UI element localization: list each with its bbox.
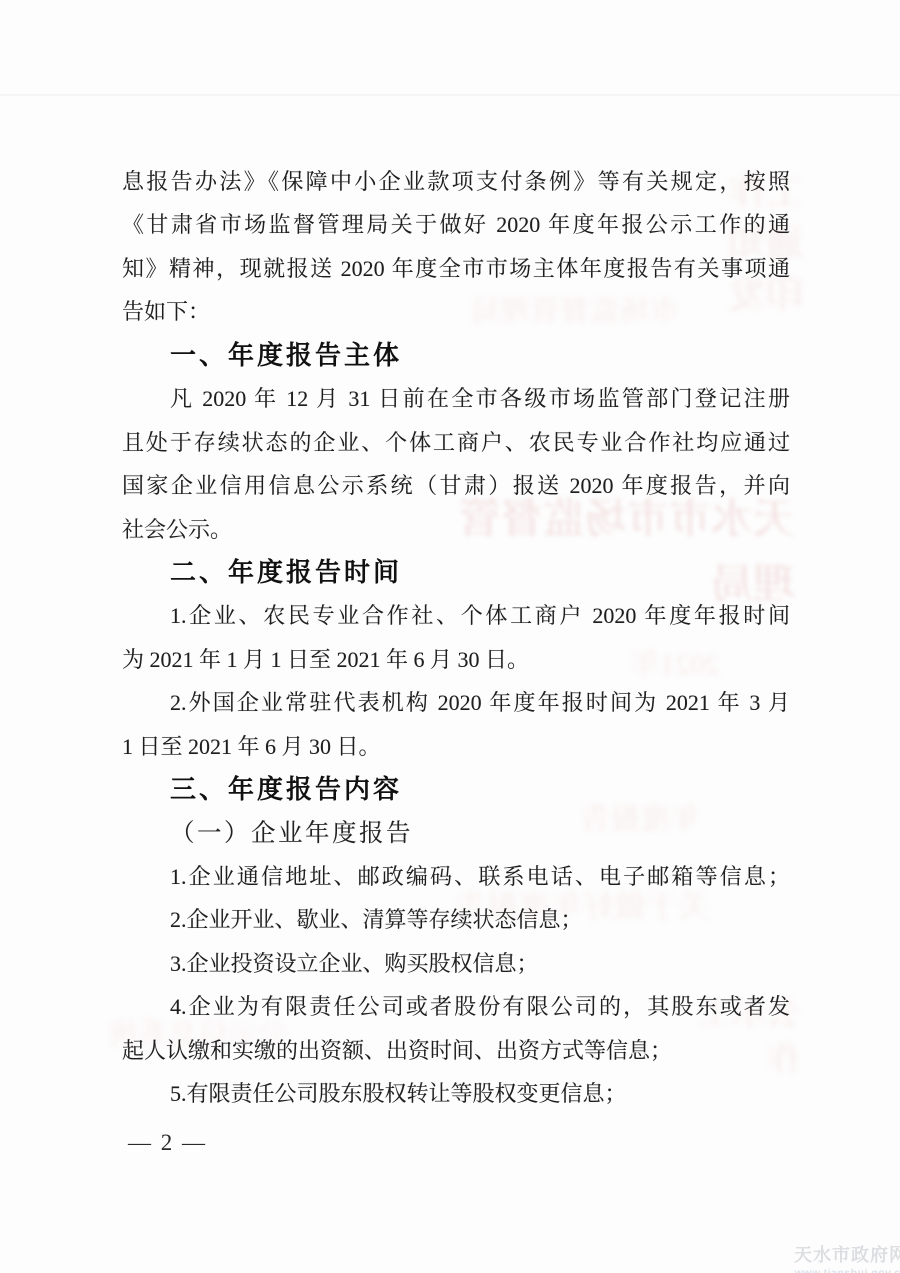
document-text-line: 起人认缴和实缴的出资额、出资时间、出资方式等信息； — [122, 1029, 790, 1072]
document-text-line: 1 日至 2021 年 6 月 30 日。 — [122, 725, 790, 768]
document-text-line: 1.企业、农民专业合作社、个体工商户 2020 年度年报时间 — [122, 594, 790, 637]
scanned-document-page: 工作通知印发市场监督管理局天水市市场监督管理局2021年年度报告关于做好年度报告… — [0, 0, 900, 1273]
section-heading-line: 一、年度报告主体 — [122, 334, 790, 377]
document-text-line: 4.企业为有限责任公司或者股份有限公司的，其股东或者发 — [122, 985, 790, 1028]
document-text-line: 《甘肃省市场监督管理局关于做好 2020 年度年报公示工作的通 — [122, 203, 790, 246]
site-watermark: 天水市政府网 www.tianshui.gov.cn — [794, 1241, 900, 1273]
page-number: — 2 — — [128, 1121, 207, 1165]
document-text-line: 且处于存续状态的企业、个体工商户、农民专业合作社均应通过 — [122, 421, 790, 464]
document-text-line: 社会公示。 — [122, 508, 790, 551]
section-heading-line: 三、年度报告内容 — [122, 768, 790, 811]
watermark-site-name: 天水市政府网 — [794, 1241, 900, 1267]
document-text-line: 1.企业通信地址、邮政编码、联系电话、电子邮箱等信息； — [122, 855, 790, 898]
document-text-line: 2.外国企业常驻代表机构 2020 年度年报时间为 2021 年 3 月 — [122, 681, 790, 724]
document-text-line: 5.有限责任公司股东股权转让等股权变更信息； — [122, 1072, 790, 1115]
document-text-line: 国家企业信用信息公示系统（甘肃）报送 2020 年度报告，并向 — [122, 464, 790, 507]
document-text-line: 为 2021 年 1 月 1 日至 2021 年 6 月 30 日。 — [122, 638, 790, 681]
document-text-line: 知》精神，现就报送 2020 年度全市市场主体年度报告有关事项通 — [122, 247, 790, 290]
scan-crease-line — [0, 94, 900, 96]
document-text-line: 2.企业开业、歇业、清算等存续状态信息； — [122, 898, 790, 941]
subsection-heading-line: （一）企业年度报告 — [122, 812, 790, 855]
document-text-line: 3.企业投资设立企业、购买股权信息； — [122, 942, 790, 985]
document-text-column: 息报告办法》《保障中小企业款项支付条例》等有关规定，按照《甘肃省市场监督管理局关… — [122, 160, 790, 1116]
document-text-line: 凡 2020 年 12 月 31 日前在全市各级市场监管部门登记注册 — [122, 377, 790, 420]
document-text-line: 告如下： — [122, 290, 790, 333]
section-heading-line: 二、年度报告时间 — [122, 551, 790, 594]
document-text-line: 息报告办法》《保障中小企业款项支付条例》等有关规定，按照 — [122, 160, 790, 203]
watermark-site-url: www.tianshui.gov.cn — [794, 1267, 900, 1273]
